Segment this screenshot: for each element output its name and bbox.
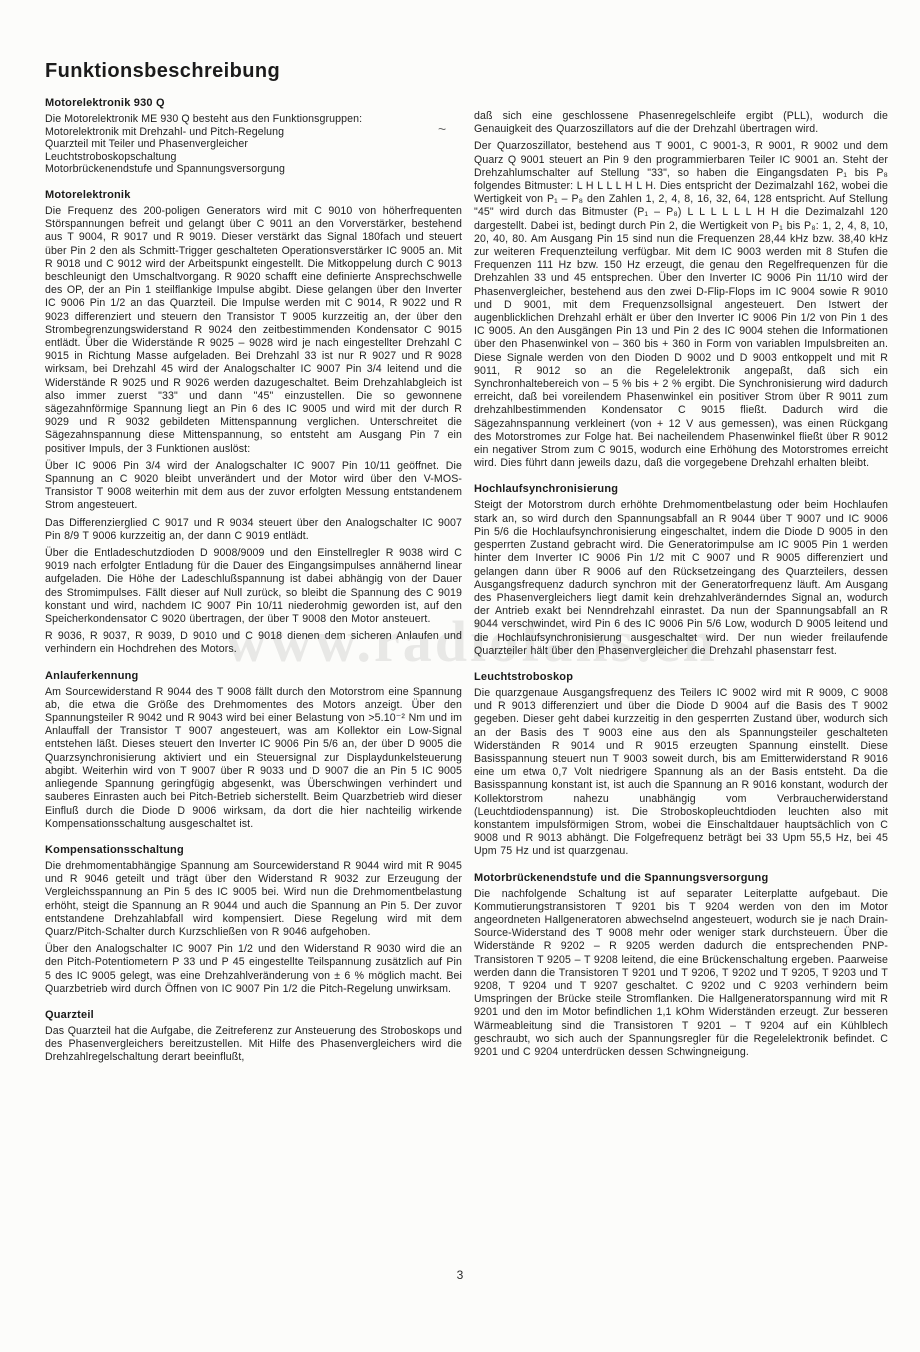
section-heading: Hochlaufsynchronisierung bbox=[474, 483, 888, 495]
paragraph: Am Sourcewiderstand R 9044 des T 9008 fä… bbox=[45, 686, 462, 831]
paragraph: Über IC 9006 Pin 3/4 wird der Analogscha… bbox=[45, 460, 462, 513]
page-number: 3 bbox=[0, 1268, 920, 1282]
page-title: Funktionsbeschreibung bbox=[45, 60, 280, 83]
intro-line: Motorbrückenendstufe und Spannungsversor… bbox=[45, 163, 462, 176]
section-quarzteil: Quarzteil Das Quarzteil hat die Aufgabe,… bbox=[45, 1009, 462, 1065]
paragraph: Der Quarzoszillator, bestehend aus T 900… bbox=[474, 140, 888, 470]
section-heading: Motorelektronik 930 Q bbox=[45, 97, 462, 109]
intro-line: Leuchtstroboskopschaltung bbox=[45, 151, 462, 164]
paragraph: Das Differenzierglied C 9017 und R 9034 … bbox=[45, 517, 462, 543]
section-motorelektronik-930q: Motorelektronik 930 Q Die Motorelektroni… bbox=[45, 97, 462, 176]
paragraph: Die quarzgenaue Ausgangsfrequenz des Tei… bbox=[474, 687, 888, 859]
section-heading: Anlauferkennung bbox=[45, 670, 462, 682]
section-kompensationsschaltung: Kompensationsschaltung Die drehmomentabh… bbox=[45, 844, 462, 996]
paragraph: Über den Analogschalter IC 9007 Pin 1/2 … bbox=[45, 943, 462, 996]
section-heading: Motorbrückenendstufe und die Spannungsve… bbox=[474, 872, 888, 884]
paragraph: Die nachfolgende Schaltung ist auf separ… bbox=[474, 888, 888, 1060]
paragraph: Die Frequenz des 200-poligen Generators … bbox=[45, 205, 462, 456]
intro-line: Die Motorelektronik ME 930 Q besteht aus… bbox=[45, 113, 462, 126]
left-column: Motorelektronik 930 Q Die Motorelektroni… bbox=[45, 97, 462, 1069]
paragraph: R 9036, R 9037, R 9039, D 9010 und C 901… bbox=[45, 630, 462, 656]
right-column: daß sich eine geschlossene Phasenregelsc… bbox=[474, 110, 888, 1063]
document-page: www.radiofans.cn Funktionsbeschreibung ~… bbox=[0, 0, 920, 1352]
paragraph: Über die Entladeschutzdioden D 9008/9009… bbox=[45, 547, 462, 626]
section-motorelektronik: Motorelektronik Die Frequenz des 200-pol… bbox=[45, 189, 462, 657]
intro-line: Quarzteil mit Teiler und Phasenvergleich… bbox=[45, 138, 462, 151]
section-motorbrueckenendstufe: Motorbrückenendstufe und die Spannungsve… bbox=[474, 872, 888, 1060]
section-anlauferkennung: Anlauferkennung Am Sourcewiderstand R 90… bbox=[45, 670, 462, 831]
section-heading: Leuchtstroboskop bbox=[474, 671, 888, 683]
section-heading: Kompensationsschaltung bbox=[45, 844, 462, 856]
paragraph: Die drehmomentabhängige Spannung am Sour… bbox=[45, 860, 462, 939]
paragraph: daß sich eine geschlossene Phasenregelsc… bbox=[474, 110, 888, 136]
section-heading: Quarzteil bbox=[45, 1009, 462, 1021]
section-hochlaufsynchronisierung: Hochlaufsynchronisierung Steigt der Moto… bbox=[474, 483, 888, 657]
intro-line: Motorelektronik mit Drehzahl- und Pitch-… bbox=[45, 126, 462, 139]
paragraph: Das Quarzteil hat die Aufgabe, die Zeitr… bbox=[45, 1025, 462, 1065]
section-leuchtstroboskop: Leuchtstroboskop Die quarzgenaue Ausgang… bbox=[474, 671, 888, 859]
paragraph: Steigt der Motorstrom durch erhöhte Dreh… bbox=[474, 499, 888, 657]
section-heading: Motorelektronik bbox=[45, 189, 462, 201]
